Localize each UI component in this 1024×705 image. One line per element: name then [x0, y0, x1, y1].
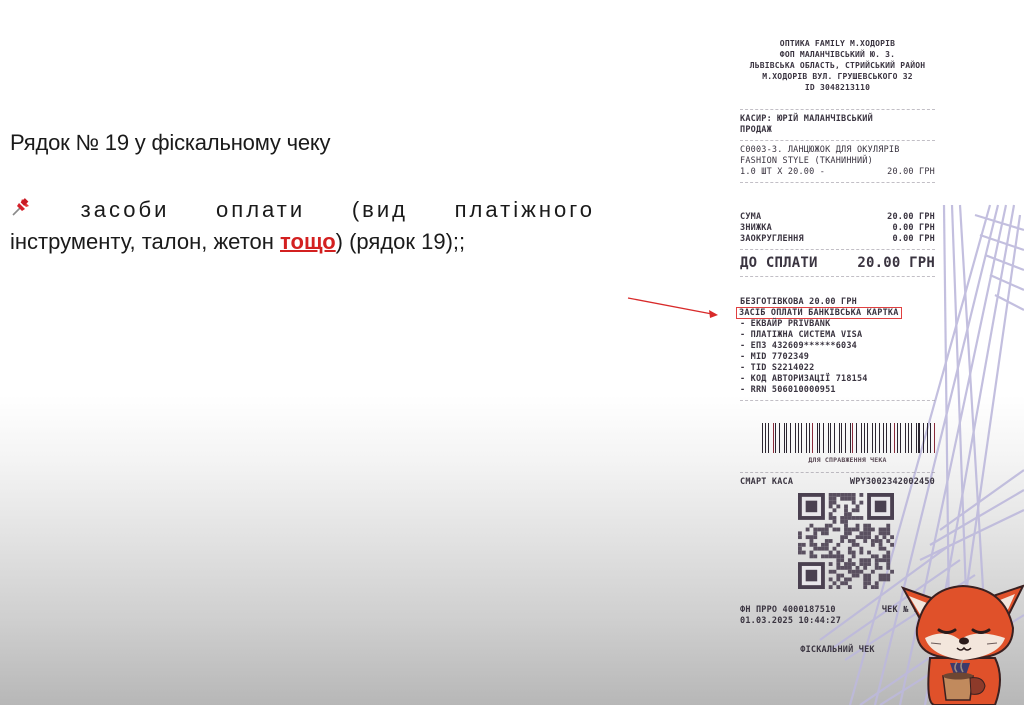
slide-text-block: Рядок № 19 у фіскальному чеку засоби опл… [10, 130, 595, 258]
receipt-totals: СУМА20.00 ГРН ЗНИЖКА0.00 ГРН ЗАОКРУГЛЕНН… [740, 212, 935, 281]
payment-means-highlighted: ЗАСІБ ОПЛАТИ БАНКІВСЬКА КАРТКА [736, 307, 902, 319]
receipt-item-total: 20.00 ГРН [887, 167, 935, 178]
highlighted-word: тощо [280, 229, 336, 254]
bullet-word: засоби [81, 194, 170, 226]
receipt-payment: БЕЗГОТІВКОВА 20.00 ГРН ЗАСІБ ОПЛАТИ БАНК… [740, 297, 935, 405]
to-pay-label: ДО СПЛАТИ [740, 254, 818, 272]
total-value: 0.00 ГРН [892, 234, 935, 245]
qr-code [798, 493, 894, 589]
payment-detail: - TID S2214022 [740, 363, 935, 374]
payment-detail: - MID 7702349 [740, 352, 935, 363]
slide-heading: Рядок № 19 у фіскальному чеку [10, 130, 595, 156]
fn-prro: ФН ПРРО 4000187510 [740, 605, 836, 616]
receipt-header-line: ФОП МАЛАНЧІВСЬКИЙ Ю. З. [730, 49, 945, 60]
receipt-header-line: М.ХОДОРІВ ВУЛ. ГРУШЕВСЬКОГО 32 [730, 71, 945, 82]
receipt-barcode [762, 423, 937, 453]
to-pay-value: 20.00 ГРН [857, 254, 935, 272]
total-label: ЗАОКРУГЛЕННЯ [740, 234, 804, 245]
bullet-word: оплати [216, 194, 305, 226]
barcode-caption: ДЛЯ СПРАВЖЕННЯ ЧЕКА [770, 455, 925, 466]
payment-detail: - ЕКВАЙР PRIVBANK [740, 319, 935, 330]
smart-kasa-id: WPY3002342002450 [850, 477, 935, 488]
receipt-cashier: КАСИР: ЮРІЙ МАЛАНЧІВСЬКИЙ [740, 114, 935, 125]
receipt-item-name: С0003-3. ЛАНЦЮЖОК ДЛЯ ОКУЛЯРІВ FASHION S… [740, 145, 935, 167]
total-label: СУМА [740, 212, 761, 223]
receipt-header-line: ОПТИКА FAMILY М.ХОДОРІВ [730, 38, 945, 49]
payment-detail: - КОД АВТОРИЗАЦІЇ 718154 [740, 374, 935, 385]
receipt-operation: ПРОДАЖ [740, 125, 935, 136]
bullet-word: платіжного [455, 194, 595, 226]
bullet-word: (вид [352, 194, 408, 226]
bullet-line-1: засоби оплати (вид платіжного [10, 194, 595, 226]
pushpin-icon [10, 194, 34, 218]
smart-kasa-label: СМАРТ КАСА [740, 477, 793, 488]
bullet-item: засоби оплати (вид платіжного інструмент… [10, 194, 595, 258]
bullet-text: ) (рядок 19);; [336, 229, 466, 254]
total-value: 20.00 ГРН [887, 212, 935, 223]
receipt-header-line: ЛЬВІВСЬКА ОБЛАСТЬ, СТРИЙСЬКИЙ РАЙОН [730, 60, 945, 71]
bullet-text: інструменту, талон, жетон [10, 229, 280, 254]
receipt-smart-kasa: СМАРТ КАСАWPY3002342002450 [740, 468, 935, 488]
receipt-item-qty: 1.0 ШТ x 20.00 - [740, 167, 825, 178]
bullet-line-2: інструменту, талон, жетон тощо) (рядок 1… [10, 226, 595, 258]
receipt-cashier-block: КАСИР: ЮРІЙ МАЛАНЧІВСЬКИЙ ПРОДАЖ С0003-3… [740, 105, 935, 187]
payment-detail: - ЕПЗ 432609******6034 [740, 341, 935, 352]
receipt-header: ОПТИКА FAMILY М.ХОДОРІВ ФОП МАЛАНЧІВСЬКИ… [730, 38, 945, 93]
fox-mascot-icon [895, 558, 1024, 705]
total-label: ЗНИЖКА [740, 223, 772, 234]
payment-detail: - ПЛАТІЖНА СИСТЕМА VISA [740, 330, 935, 341]
payment-detail: - RRN 506010000951 [740, 385, 935, 396]
total-value: 0.00 ГРН [892, 223, 935, 234]
receipt-header-line: ID 3048213110 [730, 82, 945, 93]
